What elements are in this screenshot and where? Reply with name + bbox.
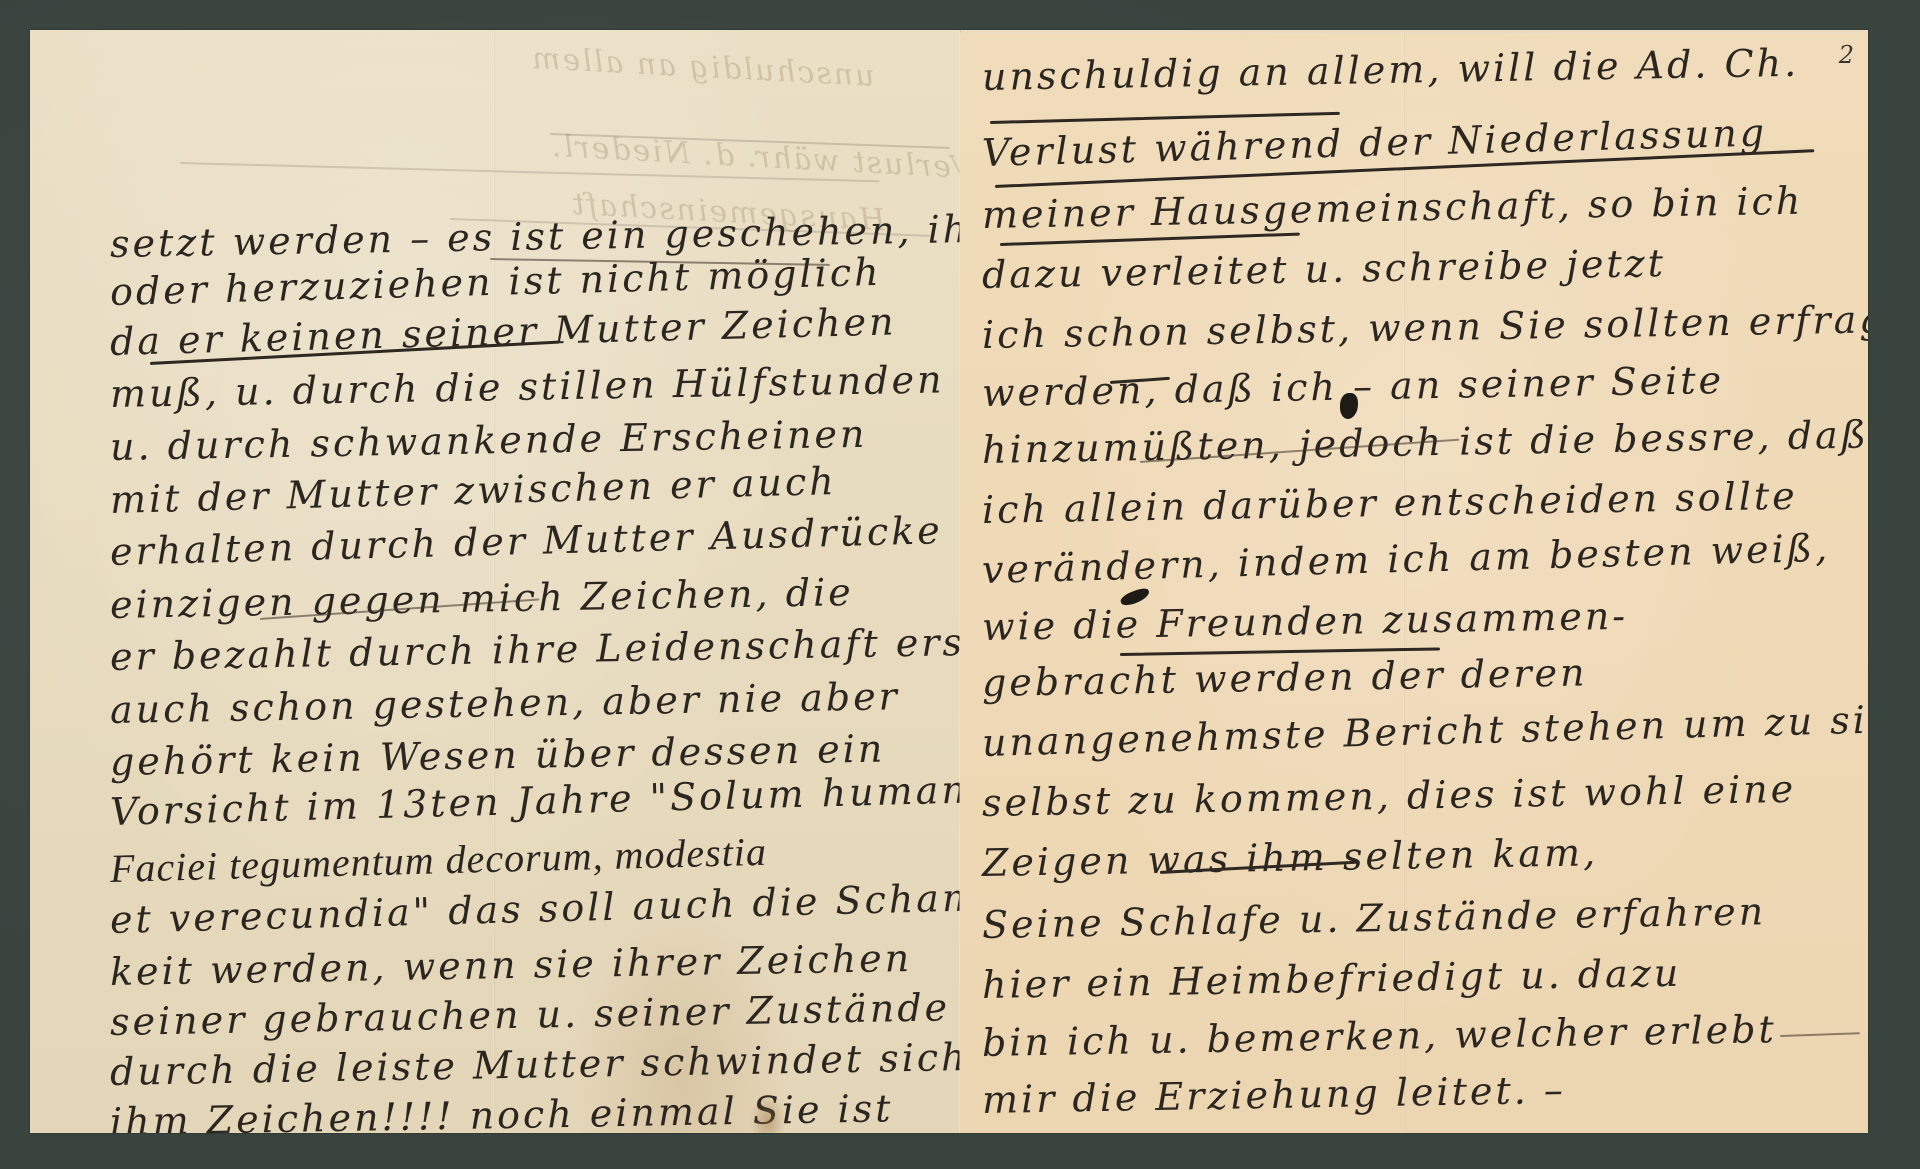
text-line: Zeigen was ihm selten kam, bbox=[982, 830, 1599, 885]
text-line: bin ich u. bemerken, welcher erlebt bbox=[982, 1007, 1778, 1065]
text-line: meiner Hausgemeinschaft, so bin ich bbox=[982, 179, 1804, 237]
text-line: mit der Mutter zwischen er auch bbox=[109, 459, 837, 522]
text-line: unangenehmste Bericht stehen um zu sich bbox=[981, 696, 1868, 765]
text-line: durch die leiste Mutter schwindet sich bbox=[110, 1035, 960, 1094]
closing-dash bbox=[1780, 1032, 1860, 1037]
text-line: verändern, indem ich am besten weiß, bbox=[981, 526, 1830, 592]
text-line: wie die Freunden zusammen- bbox=[982, 594, 1629, 649]
text-line: Seine Schlafe u. Zustände erfahren bbox=[982, 889, 1767, 947]
page-number: 2 bbox=[1839, 41, 1854, 69]
text-line: auch schon gestehen, aber nie aber bbox=[110, 674, 901, 732]
text-line: er bezahlt durch ihre Leidenschaft ersch… bbox=[110, 618, 960, 679]
text-line: einzigen gegen mich Zeichen, die bbox=[110, 570, 854, 627]
text-line: mir die Erziehung leitet. – bbox=[982, 1068, 1567, 1122]
text-line: seiner gebrauchen u. seiner Zustände mir bbox=[110, 984, 960, 1044]
text-line: selbst zu kommen, dies ist wohl eine bbox=[982, 767, 1797, 825]
text-line: muß, u. durch die stillen Hülfstunden bbox=[110, 357, 945, 416]
letter-sheet: unschuldig an allem Verlust währ. d. Nie… bbox=[30, 30, 1868, 1133]
text-line: dazu verleitet u. schreibe jetzt bbox=[982, 241, 1667, 297]
bleed-through-text: unschuldig an allem bbox=[529, 41, 875, 94]
text-line: ich allein darüber entscheiden sollte bbox=[982, 474, 1798, 532]
right-page: 2 unschuldig an allem, will die Ad. Ch. … bbox=[960, 33, 1868, 1133]
text-line: hier ein Heimbefriedigt u. dazu bbox=[982, 951, 1682, 1007]
text-line: ich schon selbst, wenn Sie sollten erfra… bbox=[982, 297, 1868, 357]
paper-stain bbox=[750, 1093, 786, 1133]
left-page: unschuldig an allem Verlust währ. d. Nie… bbox=[30, 30, 960, 1133]
text-line: gebracht werden der deren bbox=[982, 650, 1588, 705]
ink-blot bbox=[1340, 393, 1358, 419]
text-line: unschuldig an allem, will die Ad. Ch. bbox=[982, 41, 1800, 99]
text-line: keit werden, wenn sie ihrer Zeichen bbox=[110, 936, 913, 994]
